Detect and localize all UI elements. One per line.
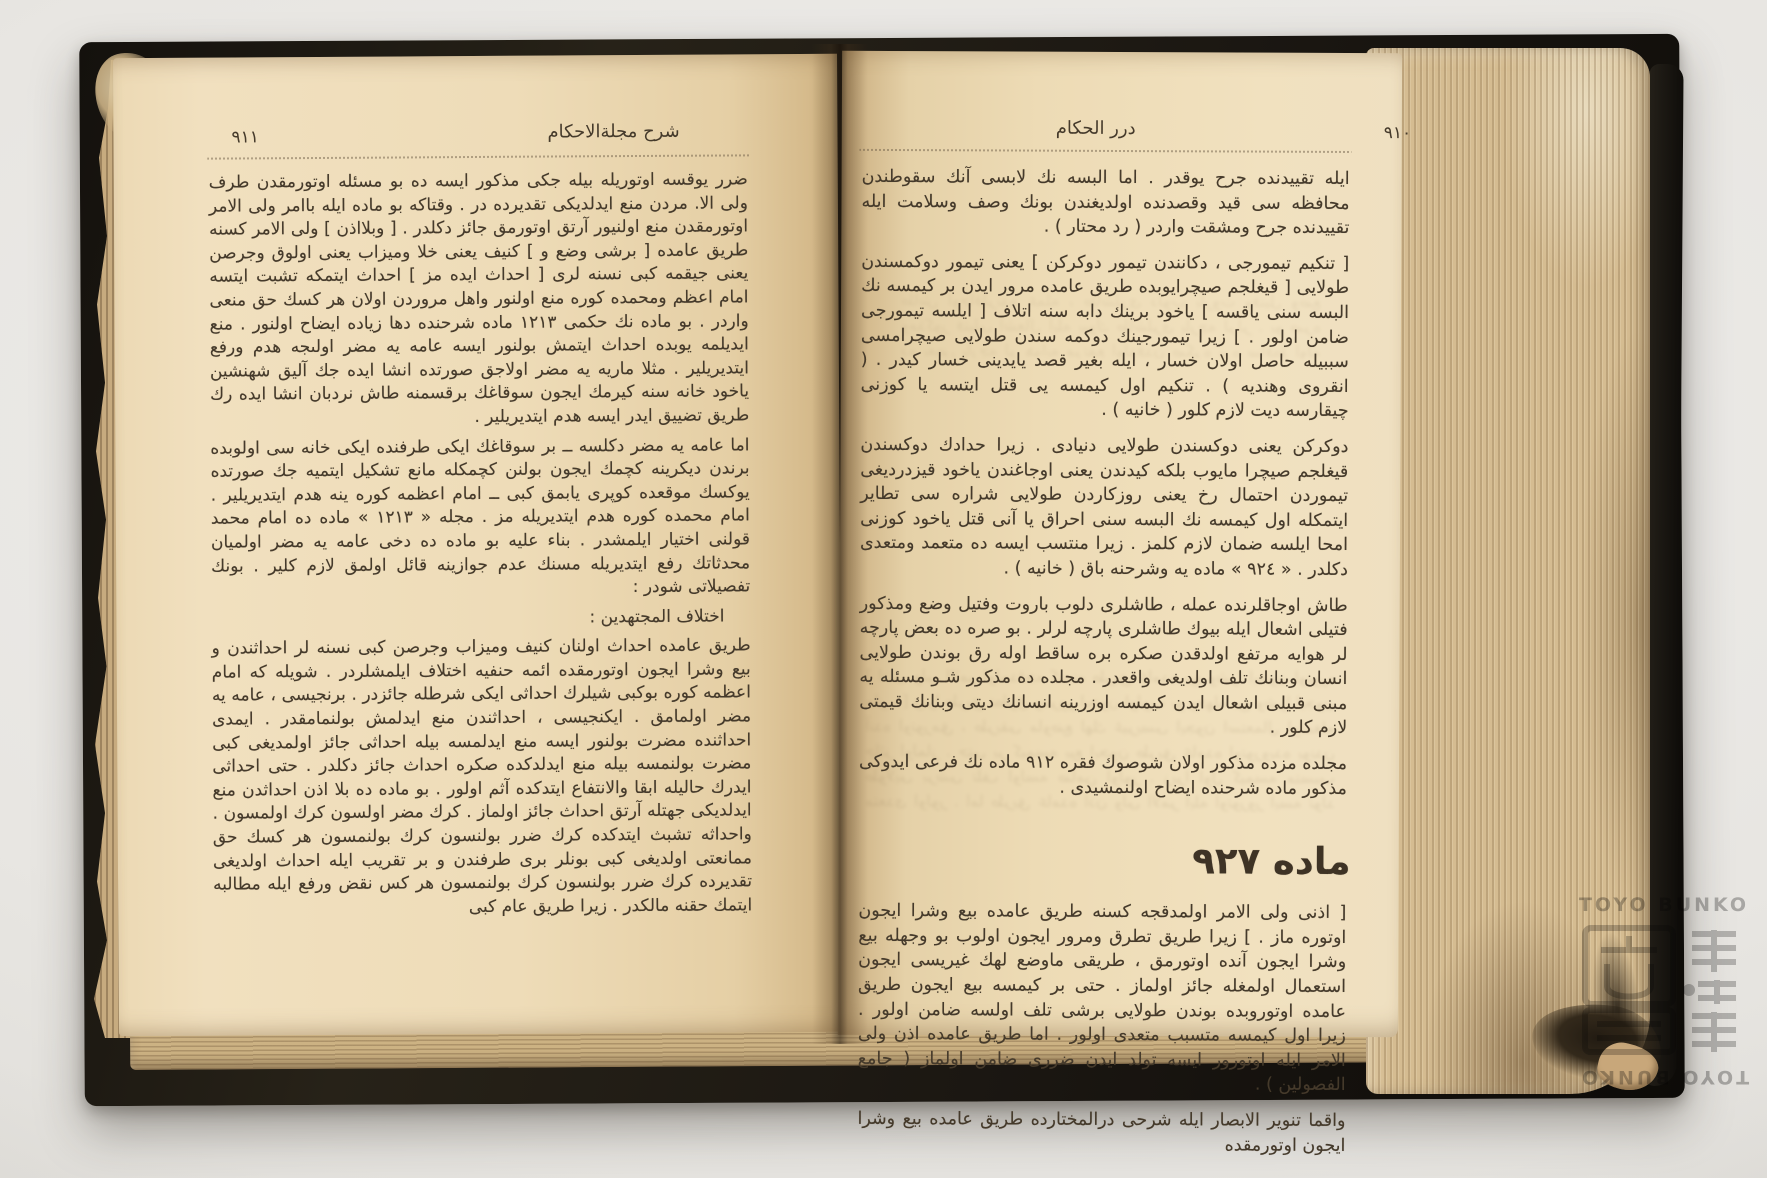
paragraph: ضرر يوقسه اوتوريله بيله جكى مذكور ايسه د… xyxy=(209,168,750,431)
paragraph: مجلده مزده مذكور اولان شوصوك فقره ٩١٢ ما… xyxy=(859,750,1347,801)
photo-background: ٩١١ شرح مجلةالاحكام ضرر يوقسه اوتوريله ب… xyxy=(0,0,1767,1178)
right-page-running-title: درر الحكام xyxy=(1056,118,1136,139)
watermark-text-bottom: TOYO BUNKO xyxy=(1566,1066,1762,1088)
paragraph: واقما تنوير الابصار ايله شرحى درالمختارد… xyxy=(857,1107,1345,1158)
right-page: [ اذنى ولى الامر اولمدقجه كسنه طريق عامد… xyxy=(838,51,1402,1037)
paragraph: [ اذنى ولى الامر اولمدقجه كسنه طريق عامد… xyxy=(858,899,1347,1098)
paragraph: [ تنكيم تيمورجى ، دكانندن تيمور دوكركن ]… xyxy=(861,250,1350,424)
toyo-bunko-watermark: TOYO BUNKO TOYO BUNKO xyxy=(1566,894,1762,1088)
subheading-ikhtilaf: اختلاف المجتهدين : xyxy=(211,605,750,632)
left-page-body: ضرر يوقسه اوتوريله بيله جكى مذكور ايسه د… xyxy=(209,168,753,921)
paragraph: طاش اوجاقلرنده عمله ، طاشلرى دلوب باروت … xyxy=(859,591,1348,741)
paragraph: طريق عامده احداث اولنان كنيف وميزاب وجرص… xyxy=(212,635,753,921)
right-page-header: درر الحكام ٩١٠ xyxy=(842,111,1402,151)
article-927-heading: ماده ٩٢٧ xyxy=(859,837,1351,885)
left-page: ٩١١ شرح مجلةالاحكام ضرر يوقسه اوتوريله ب… xyxy=(113,54,843,1036)
left-page-running-title: شرح مجلةالاحكام xyxy=(547,121,679,143)
right-page-number: ٩١٠ xyxy=(1384,123,1411,143)
left-page-header: ٩١١ شرح مجلةالاحكام xyxy=(113,116,837,158)
right-page-body: ايله تقييدنده جرح يوقدر . اما البسه نك ل… xyxy=(857,165,1349,1158)
left-page-number: ٩١١ xyxy=(231,127,259,147)
paragraph: ايله تقييدنده جرح يوقدر . اما البسه نك ل… xyxy=(861,165,1349,241)
paragraph: دوكركن يعنى دوكسندن طولايى دنيادى . زيرا… xyxy=(860,433,1349,583)
watermark-text-top: TOYO BUNKO xyxy=(1566,894,1762,916)
paragraph: اما عامه يه مضر دكلسه ــ بر سوقاغك ايكى … xyxy=(210,434,750,602)
toyo-bunko-seal-icon xyxy=(1580,924,1748,1056)
